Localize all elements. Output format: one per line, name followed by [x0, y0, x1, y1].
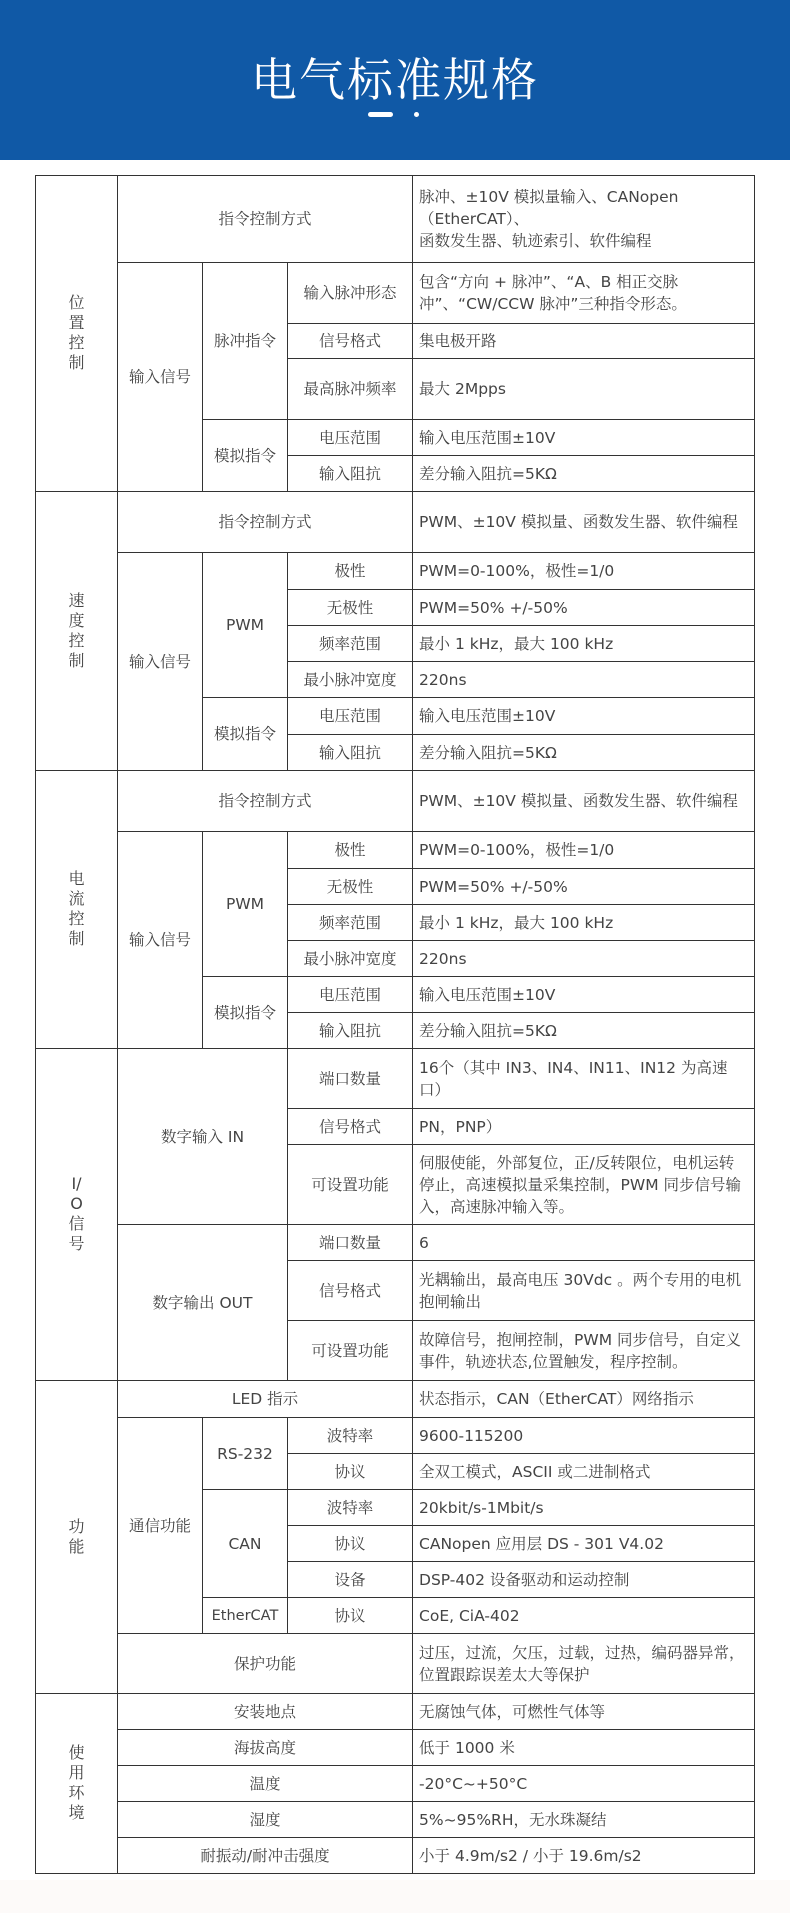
table-row: 使用环境 安装地点 无腐蚀气体，可燃性气体等 [36, 1694, 755, 1730]
row-value: PWM、±10V 模拟量、函数发生器、软件编程 [413, 492, 755, 553]
subgroup-label: CAN [203, 1490, 288, 1598]
category-speed: 速度控制 [36, 492, 118, 771]
row-label: 输入阻抗 [288, 735, 413, 771]
row-label: 无极性 [288, 869, 413, 905]
row-label: 协议 [288, 1598, 413, 1634]
row-label: 海拔高度 [118, 1730, 413, 1766]
row-label: 电压范围 [288, 977, 413, 1013]
group-label: 数字输出 OUT [118, 1225, 288, 1381]
table-row: 速度控制 指令控制方式 PWM、±10V 模拟量、函数发生器、软件编程 [36, 492, 755, 553]
row-value: 小于 4.9m/s2 / 小于 19.6m/s2 [413, 1838, 755, 1874]
row-value: 状态指示，CAN（EtherCAT）网络指示 [413, 1381, 755, 1418]
row-value: CoE, CiA-402 [413, 1598, 755, 1634]
row-label: 可设置功能 [288, 1321, 413, 1381]
row-value: DSP-402 设备驱动和运动控制 [413, 1562, 755, 1598]
row-label: 最小脉冲宽度 [288, 662, 413, 698]
row-label: 信号格式 [288, 324, 413, 359]
table-row: 海拔高度 低于 1000 米 [36, 1730, 755, 1766]
category-function: 功能 [36, 1381, 118, 1694]
row-label: 波特率 [288, 1418, 413, 1454]
row-label: 指令控制方式 [118, 771, 413, 832]
row-label: 可设置功能 [288, 1145, 413, 1225]
row-value: 6 [413, 1225, 755, 1261]
row-value: PWM=0-100%，极性=1/0 [413, 553, 755, 590]
row-value: 最小 1 kHz，最大 100 kHz [413, 905, 755, 941]
row-label: 输入脉冲形态 [288, 263, 413, 324]
table-row: 输入信号 PWM 极性 PWM=0-100%，极性=1/0 [36, 832, 755, 869]
table-row: 输入信号 PWM 极性 PWM=0-100%，极性=1/0 [36, 553, 755, 590]
title-underline-bar [368, 112, 393, 117]
row-value: 脉冲、±10V 模拟量输入、CANopen （EtherCAT）、 函数发生器、… [413, 176, 755, 263]
table-row: 保护功能 过压，过流，欠压，过载，过热，编码器异常，位置跟踪误差太大等保护 [36, 1634, 755, 1694]
row-value: PWM=50% +/-50% [413, 590, 755, 626]
subgroup-label: 模拟指令 [203, 420, 288, 492]
row-value: 输入电压范围±10V [413, 420, 755, 456]
spec-table: 位置控制 指令控制方式 脉冲、±10V 模拟量输入、CANopen （Ether… [35, 175, 755, 1874]
row-value: PWM=0-100%，极性=1/0 [413, 832, 755, 869]
row-label: 最高脉冲频率 [288, 359, 413, 420]
header-banner: 电气标准规格 [0, 0, 790, 160]
row-value: 伺服使能，外部复位，正/反转限位，电机运转停止，高速模拟量采集控制，PWM 同步… [413, 1145, 755, 1225]
table-row: 温度 -20°C~+50°C [36, 1766, 755, 1802]
row-value: 5%~95%RH，无水珠凝结 [413, 1802, 755, 1838]
row-value: 16个（其中 IN3、IN4、IN11、IN12 为高速口） [413, 1049, 755, 1109]
row-label: 电压范围 [288, 698, 413, 735]
row-value: 过压，过流，欠压，过载，过热，编码器异常，位置跟踪误差太大等保护 [413, 1634, 755, 1694]
row-value: 低于 1000 米 [413, 1730, 755, 1766]
group-label: 数字输入 IN [118, 1049, 288, 1225]
subgroup-label: 脉冲指令 [203, 263, 288, 420]
row-label: 湿度 [118, 1802, 413, 1838]
group-label: 输入信号 [118, 553, 203, 771]
row-value: 集电极开路 [413, 324, 755, 359]
row-label: 无极性 [288, 590, 413, 626]
row-label: 极性 [288, 832, 413, 869]
row-value: 输入电压范围±10V [413, 977, 755, 1013]
row-value: 差分输入阻抗=5KΩ [413, 735, 755, 771]
table-row: 功能 LED 指示 状态指示，CAN（EtherCAT）网络指示 [36, 1381, 755, 1418]
row-label: 保护功能 [118, 1634, 413, 1694]
subgroup-label: 模拟指令 [203, 698, 288, 771]
page-title: 电气标准规格 [0, 44, 790, 110]
row-label: 协议 [288, 1454, 413, 1490]
row-value: 全双工模式，ASCII 或二进制格式 [413, 1454, 755, 1490]
category-io: I/O信号 [36, 1049, 118, 1381]
row-value: 220ns [413, 941, 755, 977]
subgroup-label: EtherCAT [203, 1598, 288, 1634]
row-label: 最小脉冲宽度 [288, 941, 413, 977]
row-label: 耐振动/耐冲击强度 [118, 1838, 413, 1874]
category-position: 位置控制 [36, 176, 118, 492]
table-row: 位置控制 指令控制方式 脉冲、±10V 模拟量输入、CANopen （Ether… [36, 176, 755, 263]
row-label: 输入阻抗 [288, 1013, 413, 1049]
row-label: 信号格式 [288, 1261, 413, 1321]
table-row: 通信功能 RS-232 波特率 9600-115200 [36, 1418, 755, 1454]
row-value: 输入电压范围±10V [413, 698, 755, 735]
row-value: 故障信号，抱闸控制，PWM 同步信号，自定义事件，轨迹状态,位置触发，程序控制。 [413, 1321, 755, 1381]
table-row: 湿度 5%~95%RH，无水珠凝结 [36, 1802, 755, 1838]
row-value: 包含“方向 + 脉冲”、“A、B 相正交脉冲”、“CW/CCW 脉冲”三种指令形… [413, 263, 755, 324]
group-label: 输入信号 [118, 832, 203, 1049]
table-row: 耐振动/耐冲击强度 小于 4.9m/s2 / 小于 19.6m/s2 [36, 1838, 755, 1874]
category-environment: 使用环境 [36, 1694, 118, 1874]
table-row: 数字输出 OUT 端口数量 6 [36, 1225, 755, 1261]
subgroup-label: PWM [203, 832, 288, 977]
row-value: 220ns [413, 662, 755, 698]
row-label: 指令控制方式 [118, 492, 413, 553]
row-label: 端口数量 [288, 1225, 413, 1261]
row-value: -20°C~+50°C [413, 1766, 755, 1802]
row-label: 电压范围 [288, 420, 413, 456]
row-label: 协议 [288, 1526, 413, 1562]
table-row: 输入信号 脉冲指令 输入脉冲形态 包含“方向 + 脉冲”、“A、B 相正交脉冲”… [36, 263, 755, 324]
row-value: 差分输入阻抗=5KΩ [413, 456, 755, 492]
table-row: I/O信号 数字输入 IN 端口数量 16个（其中 IN3、IN4、IN11、I… [36, 1049, 755, 1109]
row-label: 频率范围 [288, 626, 413, 662]
subgroup-label: 模拟指令 [203, 977, 288, 1049]
row-value: PWM=50% +/-50% [413, 869, 755, 905]
subgroup-label: PWM [203, 553, 288, 698]
row-value: 无腐蚀气体，可燃性气体等 [413, 1694, 755, 1730]
category-current: 电流控制 [36, 771, 118, 1049]
row-label: 安装地点 [118, 1694, 413, 1730]
row-label: 输入阻抗 [288, 456, 413, 492]
subgroup-label: RS-232 [203, 1418, 288, 1490]
row-label: 设备 [288, 1562, 413, 1598]
row-value: 20kbit/s-1Mbit/s [413, 1490, 755, 1526]
row-label: 端口数量 [288, 1049, 413, 1109]
row-value: PWM、±10V 模拟量、函数发生器、软件编程 [413, 771, 755, 832]
row-value: 最大 2Mpps [413, 359, 755, 420]
row-label: 指令控制方式 [118, 176, 413, 263]
row-value: 差分输入阻抗=5KΩ [413, 1013, 755, 1049]
row-label: 极性 [288, 553, 413, 590]
group-label: 输入信号 [118, 263, 203, 492]
row-label: 信号格式 [288, 1109, 413, 1145]
row-value: PN，PNP） [413, 1109, 755, 1145]
title-underline-dot [414, 112, 419, 117]
table-row: 电流控制 指令控制方式 PWM、±10V 模拟量、函数发生器、软件编程 [36, 771, 755, 832]
row-value: CANopen 应用层 DS - 301 V4.02 [413, 1526, 755, 1562]
row-label: 频率范围 [288, 905, 413, 941]
row-label: LED 指示 [118, 1381, 413, 1418]
row-label: 波特率 [288, 1490, 413, 1526]
row-label: 温度 [118, 1766, 413, 1802]
group-label: 通信功能 [118, 1418, 203, 1634]
row-value: 最小 1 kHz，最大 100 kHz [413, 626, 755, 662]
row-value: 光耦输出，最高电压 30Vdc 。两个专用的电机抱闸输出 [413, 1261, 755, 1321]
row-value: 9600-115200 [413, 1418, 755, 1454]
